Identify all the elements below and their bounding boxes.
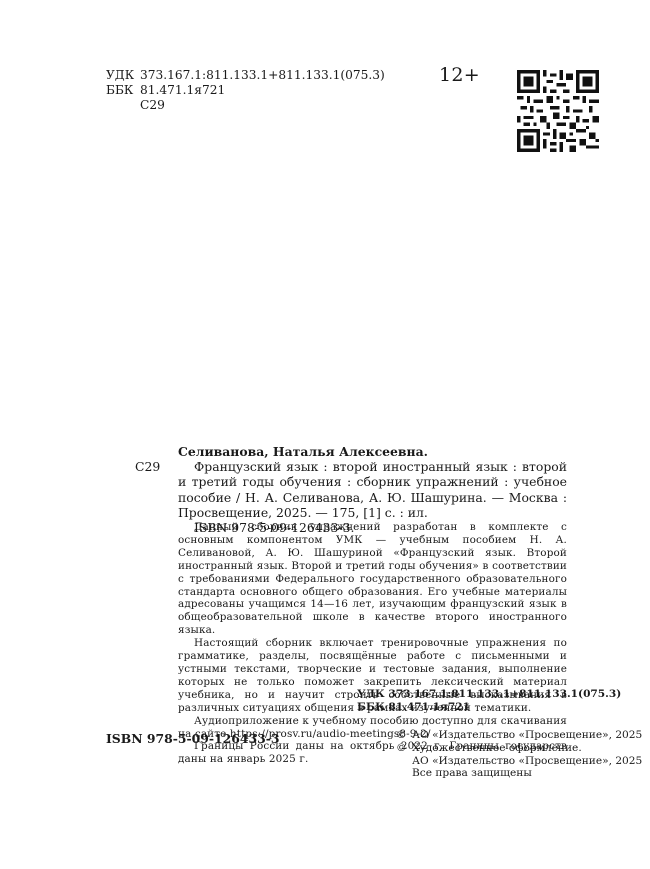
qr-code-icon <box>517 70 599 152</box>
copyright-line: Все права защищены <box>412 767 532 779</box>
udk-label: УДК <box>106 68 140 83</box>
udk-bottom: УДК 373.167.1:811.133.1+811.133.1(075.3) <box>357 688 621 701</box>
copyright-block: ©АО «Издательство «Просвещение», 2025 ©Х… <box>396 729 642 780</box>
copyright-line: Художественное оформление. <box>412 742 582 754</box>
classification-codes-bottom: УДК 373.167.1:811.133.1+811.133.1(075.3)… <box>357 688 621 713</box>
bbk-value: 81.471.1я721 <box>140 83 225 97</box>
classification-codes: УДК373.167.1:811.133.1+811.133.1(075.3) … <box>106 68 385 113</box>
bbk-bottom: ББК 81.471.1я721 <box>357 701 621 714</box>
record-author: Селиванова, Наталья Алексеевна. <box>178 444 567 459</box>
copyright-line: АО «Издательство «Просвещение», 2025 <box>412 729 642 741</box>
udk-value: 373.167.1:811.133.1+811.133.1(075.3) <box>140 68 385 82</box>
copyright-line: АО «Издательство «Просвещение», 2025 <box>412 755 642 767</box>
record-title: Французский язык : второй иностранный яз… <box>178 459 567 520</box>
author-mark-top: С29 <box>106 98 385 113</box>
isbn-bottom: ISBN 978-5-09-126433-3 <box>106 731 280 746</box>
author-mark: С29 <box>135 459 160 474</box>
copyright-icon: © <box>396 729 407 742</box>
copyright-icon: © <box>396 742 407 755</box>
annotation-paragraph: Данный сборник упражнений разработан в к… <box>178 521 567 637</box>
bbk-label: ББК <box>106 83 140 98</box>
age-rating: 12+ <box>439 64 480 86</box>
